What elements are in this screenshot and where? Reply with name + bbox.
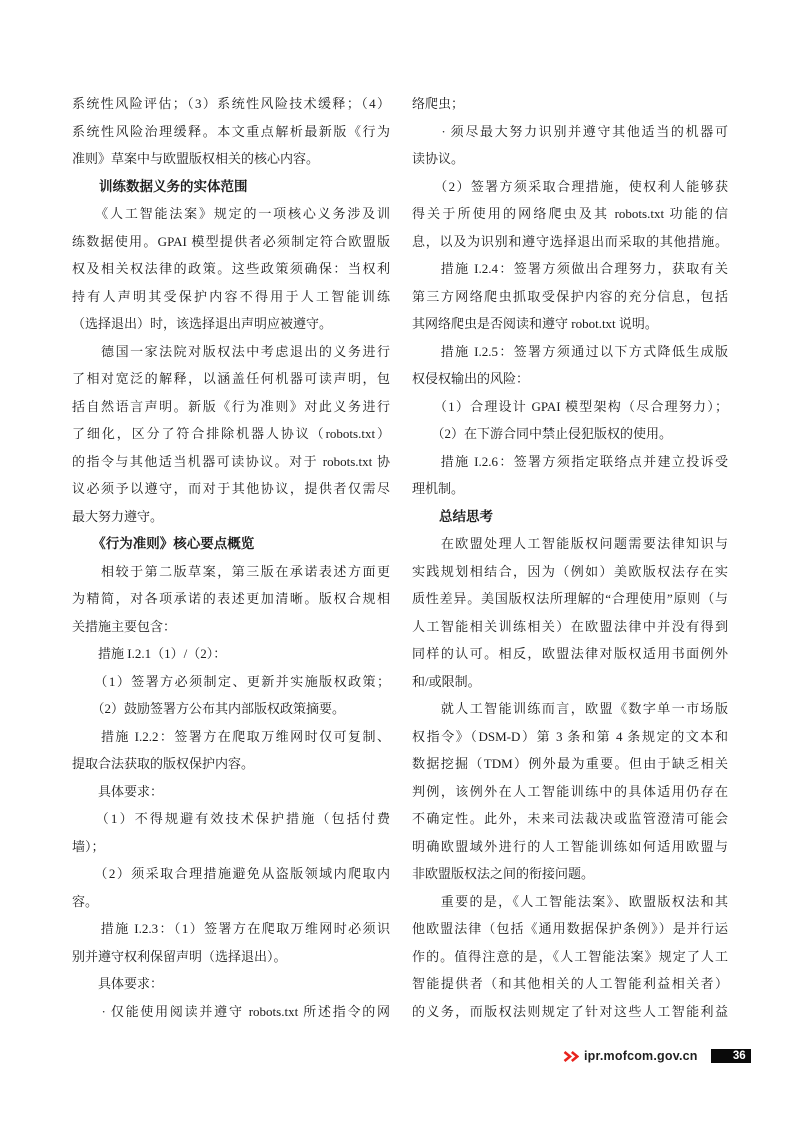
text-line: 得关于所使用的网络爬虫及其 robots.txt 功能的信 (412, 200, 728, 228)
text-line: 为精简，对各项承诺的表述更加清晰。版权合规相 (72, 585, 390, 613)
text-line: 的义务，而版权法则规定了针对这些人工智能利益 (412, 998, 728, 1026)
text-line: 《人工智能法案》规定的一项核心义务涉及训 (72, 200, 390, 228)
page-number-badge: 36 (711, 1049, 751, 1063)
text-line: 措施 I.2.2：签署方在爬取万维网时仅可复制、 (72, 723, 390, 751)
text-line: （1）不得规避有效技术保护措施（包括付费 (72, 805, 390, 833)
text-line: 络爬虫； (412, 90, 728, 118)
text-line: 系统性风险评估；（3）系统性风险技术缓释；（4） (72, 90, 390, 118)
text-line: 明确欧盟域外进行的人工智能训练如何适用欧盟与 (412, 833, 728, 861)
text-line: 权指令》（DSM-D）第 3 条和第 4 条规定的文本和 (412, 723, 728, 751)
text-line: 其网络爬虫是否阅读和遵守 robot.txt 说明。 (412, 310, 728, 338)
text-line: 措施 I.2.5：签署方须通过以下方式降低生成版 (412, 338, 728, 366)
text-line: 了细化，区分了符合排除机器人协议（robots.txt） (72, 420, 390, 448)
text-line: 权及相关权法律的政策。这些政策须确保：当权利 (72, 255, 390, 283)
text-line: （1）合理设计 GPAI 模型架构（尽合理努力）； (412, 393, 728, 421)
text-line: 议必须予以遵守，而对于其他协议，提供者仅需尽 (72, 475, 390, 503)
text-line: 人工智能相关训练相关）在欧盟法律中并没有得到 (412, 613, 728, 641)
section-heading: 《行为准则》核心要点概览 (72, 530, 390, 558)
text-line: 措施 I.2.4：签署方须做出合理努力，获取有关 (412, 255, 728, 283)
text-line: · 须尽最大努力识别并遵守其他适当的机器可 (412, 118, 728, 146)
text-line: （1）签署方必须制定、更新并实施版权政策； (72, 668, 390, 696)
text-line: 第三方网络爬虫抓取受保护内容的充分信息，包括 (412, 283, 728, 311)
text-line: 和/或限制。 (412, 668, 728, 696)
text-line: （选择退出）时，该选择退出声明应被遵守。 (72, 310, 390, 338)
text-line: 德国一家法院对版权法中考虑退出的义务进行 (72, 338, 390, 366)
text-line: （2）在下游合同中禁止侵犯版权的使用。 (412, 420, 728, 448)
double-chevron-right-icon (563, 1051, 579, 1062)
text-line: 非欧盟版权法之间的衔接问题。 (412, 860, 728, 888)
text-line: 实践规划相结合，因为（例如）美欧版权法存在实 (412, 558, 728, 586)
text-line: 不确定性。此外，未来司法裁决或监管澄清可能会 (412, 805, 728, 833)
text-line: 同样的认可。相反，欧盟法律对版权适用书面例外 (412, 640, 728, 668)
text-line: 息，以及为识别和遵守选择退出而采取的其他措施。 (412, 228, 728, 256)
text-line: 准则》草案中与欧盟版权相关的核心内容。 (72, 145, 390, 173)
text-line: 质性差异。美国版权法所理解的“合理使用”原则（与 (412, 585, 728, 613)
text-line: 智能提供者（和其他相关的人工智能利益相关者） (412, 970, 728, 998)
text-line: 别并遵守权利保留声明（选择退出）。 (72, 943, 390, 971)
text-line: 他欧盟法律（包括《通用数据保护条例》）是并行运 (412, 915, 728, 943)
text-line: 数据挖掘（TDM）例外最为重要。但由于缺乏相关 (412, 750, 728, 778)
text-line: 了相对宽泛的解释，以涵盖任何机器可读声明，包 (72, 365, 390, 393)
text-line: 墙）； (72, 833, 390, 861)
text-line: 提取合法获取的版权保护内容。 (72, 750, 390, 778)
text-line: （2）签署方须采取合理措施，使权利人能够获 (412, 173, 728, 201)
text-line: 权侵权输出的风险： (412, 365, 728, 393)
text-line: 括自然语言声明。新版《行为准则》对此义务进行 (72, 393, 390, 421)
text-line: 措施 I.2.3：（1）签署方在爬取万维网时必须识 (72, 915, 390, 943)
text-line: 的指令与其他适当机器可读协议。对于 robots.txt 协 (72, 448, 390, 476)
text-line: 最大努力遵守。 (72, 503, 390, 531)
left-column: 系统性风险评估；（3）系统性风险技术缓释；（4）系统性风险治理缓释。本文重点解析… (72, 90, 390, 1025)
text-line: （2）须采取合理措施避免从盗版领域内爬取内 (72, 860, 390, 888)
text-line: 判例，该例外在人工智能训练中的具体适用仍存在 (412, 778, 728, 806)
text-line: 练数据使用。GPAI 模型提供者必须制定符合欧盟版 (72, 228, 390, 256)
page-footer: ipr.mofcom.gov.cn 36 (563, 1047, 751, 1065)
text-line: 就人工智能训练而言，欧盟《数字单一市场版 (412, 695, 728, 723)
right-column: 络爬虫； · 须尽最大努力识别并遵守其他适当的机器可读协议。 （2）签署方须采取… (412, 90, 728, 1025)
text-line: 具体要求： (72, 778, 390, 806)
text-line: 在欧盟处理人工智能版权问题需要法律知识与 (412, 530, 728, 558)
text-line: 措施 I.2.1（1）/（2）： (72, 640, 390, 668)
text-line: 作的。值得注意的是，《人工智能法案》规定了人工 (412, 943, 728, 971)
document-page: 系统性风险评估；（3）系统性风险技术缓释；（4）系统性风险治理缓释。本文重点解析… (0, 0, 794, 1122)
text-line: 读协议。 (412, 145, 728, 173)
text-line: · 仅能使用阅读并遵守 robots.txt 所述指令的网 (72, 998, 390, 1026)
text-line: 理机制。 (412, 475, 728, 503)
text-line: 重要的是，《人工智能法案》、欧盟版权法和其 (412, 888, 728, 916)
text-line: （2）鼓励签署方公布其内部版权政策摘要。 (72, 695, 390, 723)
text-line: 持有人声明其受保护内容不得用于人工智能训练 (72, 283, 390, 311)
footer-website: ipr.mofcom.gov.cn (584, 1049, 698, 1063)
text-line: 系统性风险治理缓释。本文重点解析最新版《行为 (72, 118, 390, 146)
section-heading: 训练数据义务的实体范围 (72, 173, 390, 201)
text-line: 容。 (72, 888, 390, 916)
section-heading: 总结思考 (412, 503, 728, 531)
text-line: 相较于第二版草案，第三版在承诺表述方面更 (72, 558, 390, 586)
page-number: 36 (733, 1049, 746, 1063)
text-line: 具体要求： (72, 970, 390, 998)
text-line: 措施 I.2.6：签署方须指定联络点并建立投诉受 (412, 448, 728, 476)
text-line: 关措施主要包含： (72, 613, 390, 641)
